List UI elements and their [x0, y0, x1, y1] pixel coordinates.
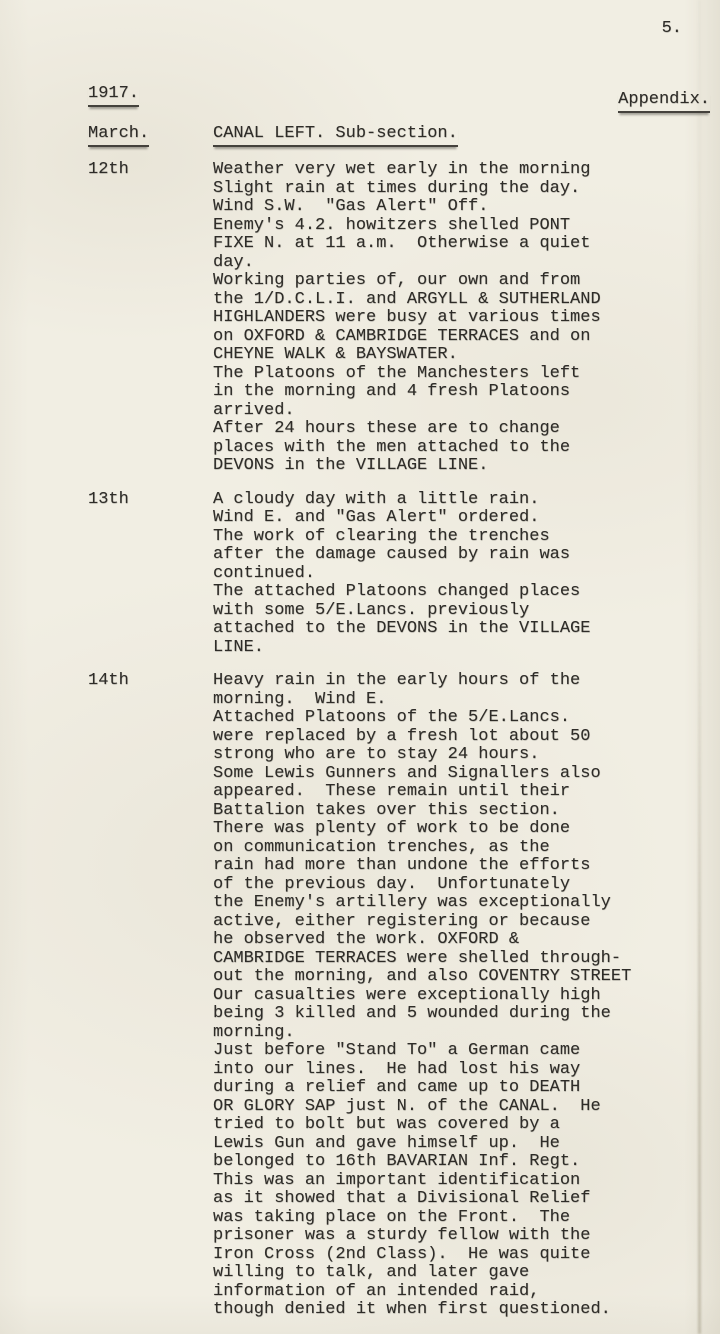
month-heading: March. — [88, 125, 149, 147]
diary-entry-12th: 12th Weather very wet early in the morni… — [0, 161, 720, 476]
diary-entry-13th: 13th A cloudy day with a little rain. Wi… — [0, 491, 720, 658]
diary-entry-14th: 14th Heavy rain in the early hours of th… — [0, 672, 720, 1320]
section-title-label: CANAL LEFT. Sub-section. — [213, 125, 458, 147]
entry-body: Weather very wet early in the morning Sl… — [213, 161, 693, 476]
entry-date: 12th — [88, 161, 213, 476]
diary-entries: 12th Weather very wet early in the morni… — [0, 161, 720, 1334]
section-title: CANAL LEFT. Sub-section. — [213, 125, 458, 147]
entry-date: 14th — [88, 672, 213, 1320]
entry-date: 13th — [88, 491, 213, 658]
entry-body: A cloudy day with a little rain. Wind E.… — [213, 491, 693, 658]
entry-body: Heavy rain in the early hours of the mor… — [213, 672, 693, 1320]
year-heading: 1917. — [88, 85, 139, 107]
year-label: 1917. — [88, 85, 139, 107]
page-number: 5. — [662, 20, 682, 39]
scanned-diary-page: 5. 1917. Appendix. March. CANAL LEFT. Su… — [0, 0, 720, 1334]
month-label: March. — [88, 125, 149, 147]
appendix-label: Appendix. — [618, 91, 710, 113]
appendix-heading: Appendix. — [618, 91, 710, 113]
